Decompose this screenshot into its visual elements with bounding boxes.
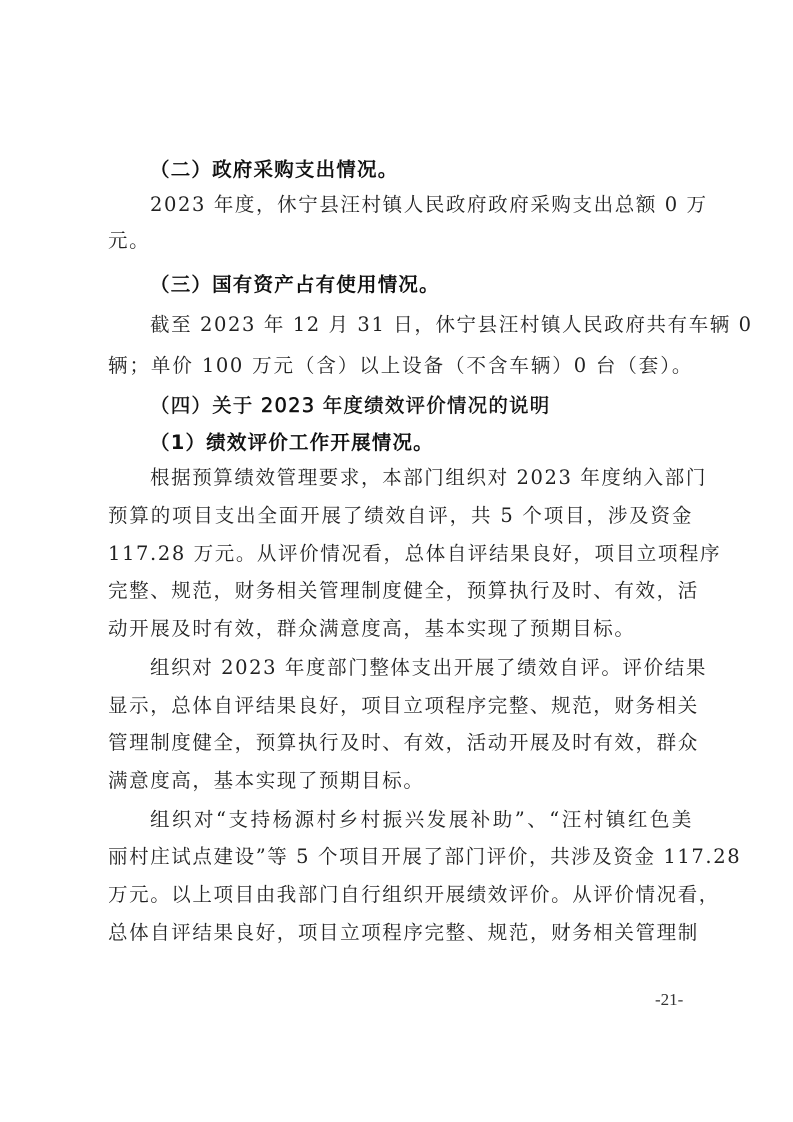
body-line: 截至 2023 年 12 月 31 日，休宁县汪村镇人民政府共有车辆 0	[150, 313, 693, 337]
document-page: （二）政府采购支出情况。 2023 年度，休宁县汪村镇人民政府政府采购支出总额 …	[0, 0, 793, 1122]
body-line: 117.28 万元。从评价情况看，总体自评结果良好，项目立项程序	[108, 542, 693, 566]
body-line: 管理制度健全，预算执行及时、有效，活动开展及时有效，群众	[108, 731, 693, 755]
body-line: 动开展及时有效，群众满意度高，基本实现了预期目标。	[108, 617, 693, 641]
section-heading-state-assets: （三）国有资产占有使用情况。	[150, 273, 693, 297]
body-line: 预算的项目支出全面开展了绩效自评，共 5 个项目，涉及资金	[108, 504, 693, 528]
body-line: 完整、规范，财务相关管理制度健全，预算执行及时、有效，活	[108, 579, 693, 603]
body-line: 显示，总体自评结果良好，项目立项程序完整、规范，财务相关	[108, 694, 693, 718]
body-line: 总体自评结果良好，项目立项程序完整、规范，财务相关管理制	[108, 921, 693, 945]
body-line: 元。	[108, 229, 693, 253]
body-line: 丽村庄试点建设”等 5 个项目开展了部门评价，共涉及资金 117.28	[108, 845, 693, 869]
body-line: 辆；单价 100 万元（含）以上设备（不含车辆）0 台（套）。	[108, 354, 693, 378]
section-heading-performance-evaluation: （四）关于 2023 年度绩效评价情况的说明	[150, 394, 693, 418]
body-line: 组织对“支持杨源村乡村振兴发展补助”、“汪村镇红色美	[150, 808, 693, 832]
page-number: -21-	[655, 990, 683, 1010]
body-line: 满意度高，基本实现了预期目标。	[108, 769, 693, 793]
body-line: 根据预算绩效管理要求，本部门组织对 2023 年度纳入部门	[150, 466, 693, 490]
body-line: 2023 年度，休宁县汪村镇人民政府政府采购支出总额 0 万	[150, 193, 693, 217]
body-line: 组织对 2023 年度部门整体支出开展了绩效自评。评价结果	[150, 656, 693, 680]
body-line: 万元。以上项目由我部门自行组织开展绩效评价。从评价情况看，	[108, 883, 693, 907]
subsection-heading: （1）绩效评价工作开展情况。	[150, 431, 693, 455]
section-heading-gov-procurement: （二）政府采购支出情况。	[150, 158, 693, 182]
